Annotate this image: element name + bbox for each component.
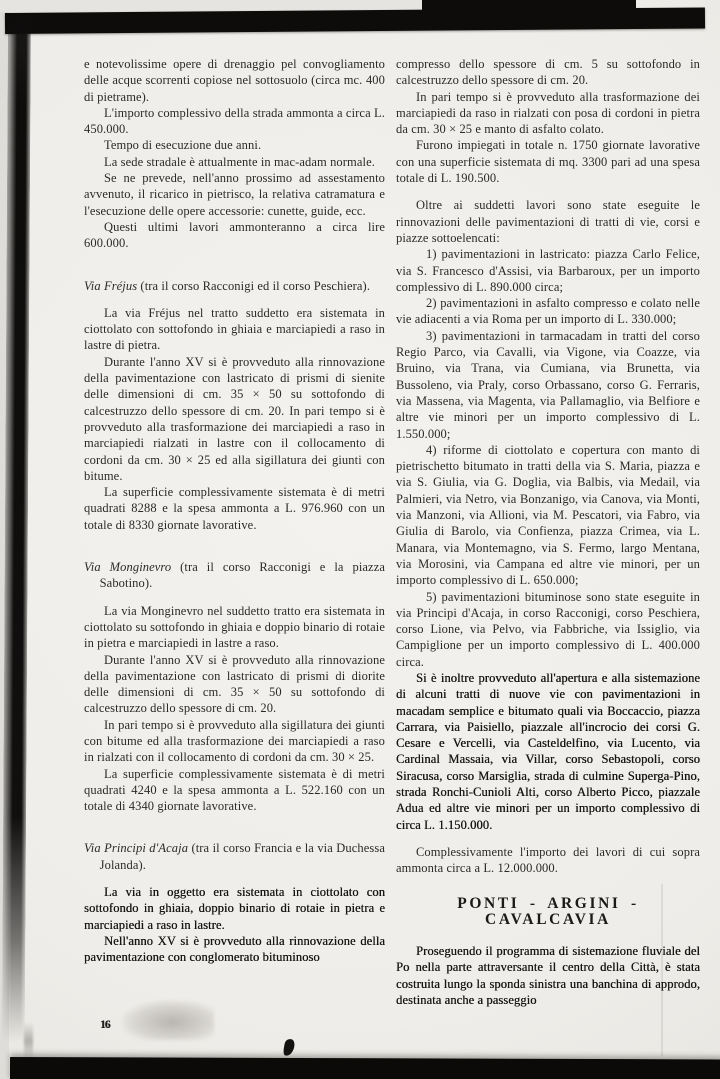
list-item-paragraph: 4) riforme di ciottolato e copertura con…: [396, 442, 700, 589]
paragraph: Durante l'anno XV si è provveduto alla r…: [84, 354, 385, 484]
scan-streak: [24, 1022, 33, 1060]
list-item-paragraph: 2) pavimentazioni in asfalto compresso e…: [396, 295, 700, 328]
street-name-italic: Via Fréjus: [84, 279, 137, 293]
scan-border-top-thick: [422, 0, 636, 27]
paragraph: La via in oggetto era sistemata in ciott…: [84, 884, 385, 933]
paragraph: La via Monginevro nel suddetto tratto er…: [84, 603, 385, 652]
right-column: compresso dello spessore di cm. 5 su sot…: [396, 56, 700, 1008]
paragraph: La superficie complessivamente sistemata…: [84, 484, 385, 533]
scanned-page: e notevolissime opere di drenaggio pel c…: [0, 0, 720, 1079]
chapter-heading: PONTI - ARGINI - CAVALCAVIA: [396, 896, 700, 929]
list-item-paragraph: 1) pavimentazioni in lastricato: piazza …: [396, 246, 700, 295]
paragraph: In pari tempo si è provveduto alla sigil…: [84, 717, 385, 766]
list-item-paragraph: 5) pavimentazioni bituminose sono state …: [396, 589, 700, 670]
paragraph: Oltre ai suddetti lavori sono state eseg…: [396, 197, 700, 246]
paragraph: La sede stradale è attualmente in mac-ad…: [84, 154, 385, 170]
paragraph: Si è inoltre provveduto all'apertura e a…: [396, 670, 700, 833]
street-name-italic: Via Monginevro: [84, 560, 171, 574]
left-column: e notevolissime opere di drenaggio pel c…: [84, 56, 385, 966]
paragraph: L'importo complessivo della strada ammon…: [84, 105, 385, 138]
paragraph: Tempo di esecuzione due anni.: [84, 137, 385, 153]
paragraph: Proseguendo il programma di sistemazione…: [396, 943, 700, 1008]
paragraph: Durante l'anno XV si è provveduto alla r…: [84, 652, 385, 717]
paragraph: Se ne prevede, nell'anno prossimo ad ass…: [84, 170, 385, 219]
street-name-italic: Via Principi d'Acaja: [84, 841, 188, 855]
paragraph: Questi ultimi lavori ammonteranno a circ…: [84, 219, 385, 252]
list-item-paragraph: 3) pavimentazioni in tarmacadam in tratt…: [396, 328, 700, 442]
paragraph: In pari tempo si è provveduto alla trasf…: [396, 89, 700, 138]
scan-border-bottom: [10, 1057, 720, 1079]
continuation-paragraph: e notevolissime opere di drenaggio pel c…: [84, 56, 385, 105]
page-number: 16: [100, 1019, 110, 1031]
continuation-paragraph: compresso dello spessore di cm. 5 su sot…: [396, 56, 700, 89]
paragraph: Nell'anno XV si è provveduto alla rinnov…: [84, 933, 385, 966]
paragraph: La superficie complessivamente sistemata…: [84, 766, 385, 815]
paragraph: Furono impiegati in totale n. 1750 giorn…: [396, 137, 700, 186]
street-section-heading: Via Principi d'Acaja (tra il corso Franc…: [84, 840, 385, 873]
street-section-heading: Via Monginevro (tra il corso Racconigi e…: [84, 559, 385, 592]
ink-smudge: [122, 1000, 214, 1040]
paragraph: Complessivamente l'importo dei lavori di…: [396, 844, 700, 877]
street-section-heading: Via Fréjus (tra il corso Racconigi ed il…: [84, 278, 385, 294]
paragraph: La via Fréjus nel tratto suddetto era si…: [84, 305, 385, 354]
